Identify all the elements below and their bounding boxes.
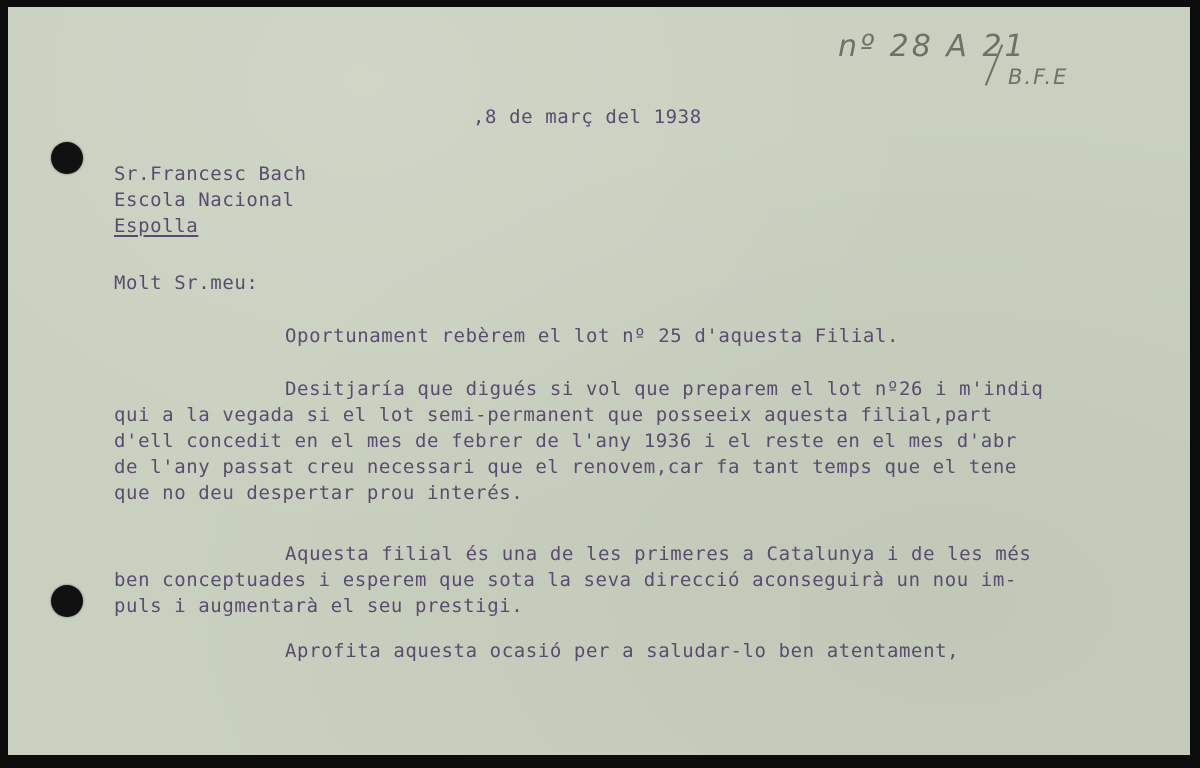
paragraph-line: Oportunament rebèrem el lot nº 25 d'aque… xyxy=(285,323,899,349)
archive-reference-collection: B.F.E xyxy=(1008,65,1068,89)
paragraph-2: Desitjaría que digués si vol que prepare… xyxy=(114,376,1043,506)
paragraph-1: Oportunament rebèrem el lot nº 25 d'aque… xyxy=(285,323,899,349)
paragraph-line: qui a la vegada si el lot semi-permanent… xyxy=(114,402,1043,428)
recipient-name: Sr.Francesc Bach xyxy=(114,161,307,187)
paragraph-line: Aprofita aquesta ocasió per a saludar-lo… xyxy=(285,638,959,664)
paragraph-line: Aquesta filial és una de les primeres a … xyxy=(114,541,1031,567)
salutation: Molt Sr.meu: xyxy=(114,270,258,296)
paragraph-line: d'ell concedit en el mes de febrer de l'… xyxy=(114,428,1043,454)
punch-hole-bottom xyxy=(51,585,83,617)
punch-hole-top xyxy=(51,142,83,174)
recipient-institution: Escola Nacional xyxy=(114,187,307,213)
paragraph-3: Aquesta filial és una de les primeres a … xyxy=(114,541,1031,619)
archive-reference-number: nº 28 A 21 xyxy=(838,29,1027,64)
closing: Aprofita aquesta ocasió per a saludar-lo… xyxy=(285,638,959,664)
paragraph-line: de l'any passat creu necessari que el re… xyxy=(114,454,1043,480)
paragraph-line: que no deu despertar prou interés. xyxy=(114,480,1043,506)
letter-date: ,8 de març del 1938 xyxy=(473,104,702,130)
recipient-town: Espolla xyxy=(114,213,198,239)
paragraph-line: ben conceptuades i esperem que sota la s… xyxy=(114,567,1031,593)
recipient-address: Sr.Francesc BachEscola NacionalEspolla xyxy=(114,161,307,239)
paragraph-line: Desitjaría que digués si vol que prepare… xyxy=(114,376,1043,402)
paragraph-line: puls i augmentarà el seu prestigi. xyxy=(114,593,1031,619)
letter-page: nº 28 A 21 B.F.E ,8 de març del 1938 Sr.… xyxy=(8,7,1190,755)
